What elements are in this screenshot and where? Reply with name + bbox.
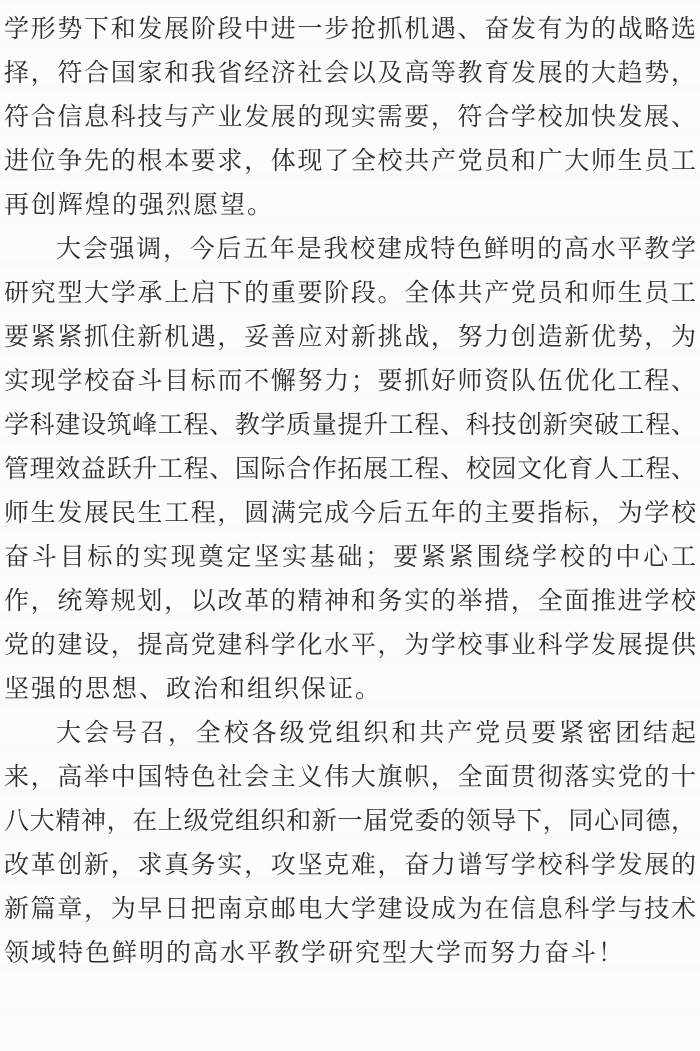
- text-line: 学科建设筑峰工程、教学质量提升工程、科技创新突破工程、: [4, 404, 696, 448]
- text-line: 坚强的思想、政治和组织保证。: [4, 668, 696, 712]
- document-page: 学形势下和发展阶段中进一步抢抓机遇、奋发有为的战略选择，符合国家和我省经济社会以…: [0, 0, 700, 1051]
- text-line: 研究型大学承上启下的重要阶段。全体共产党员和师生员工: [4, 272, 696, 316]
- text-line: 领域特色鲜明的高水平教学研究型大学而努力奋斗！: [4, 932, 696, 976]
- text-line: 再创辉煌的强烈愿望。: [4, 184, 696, 228]
- text-line: 奋斗目标的实现奠定坚实基础；要紧紧围绕学校的中心工: [4, 536, 696, 580]
- text-line: 作，统筹规划，以改革的精神和务实的举措，全面推进学校: [4, 580, 696, 624]
- text-line: 要紧紧抓住新机遇，妥善应对新挑战，努力创造新优势，为: [4, 316, 696, 360]
- text-line: 管理效益跃升工程、国际合作拓展工程、校园文化育人工程、: [4, 448, 696, 492]
- text-line: 大会强调，今后五年是我校建成特色鲜明的高水平教学: [4, 228, 696, 272]
- text-line: 改革创新，求真务实，攻坚克难，奋力谱写学校科学发展的: [4, 844, 696, 888]
- text-line: 来，高举中国特色社会主义伟大旗帜，全面贯彻落实党的十: [4, 756, 696, 800]
- text-line: 党的建设，提高党建科学化水平，为学校事业科学发展提供: [4, 624, 696, 668]
- text-line: 新篇章，为早日把南京邮电大学建设成为在信息科学与技术: [4, 888, 696, 932]
- text-line: 符合信息科技与产业发展的现实需要，符合学校加快发展、: [4, 96, 696, 140]
- text-line: 实现学校奋斗目标而不懈努力；要抓好师资队伍优化工程、: [4, 360, 696, 404]
- text-line: 师生发展民生工程，圆满完成今后五年的主要指标，为学校: [4, 492, 696, 536]
- text-line: 八大精神，在上级党组织和新一届党委的领导下，同心同德，: [4, 800, 696, 844]
- text-line: 择，符合国家和我省经济社会以及高等教育发展的大趋势，: [4, 52, 696, 96]
- text-line: 进位争先的根本要求，体现了全校共产党员和广大师生员工: [4, 140, 696, 184]
- text-line: 大会号召，全校各级党组织和共产党员要紧密团结起: [4, 712, 696, 756]
- text-line: 学形势下和发展阶段中进一步抢抓机遇、奋发有为的战略选: [4, 8, 696, 52]
